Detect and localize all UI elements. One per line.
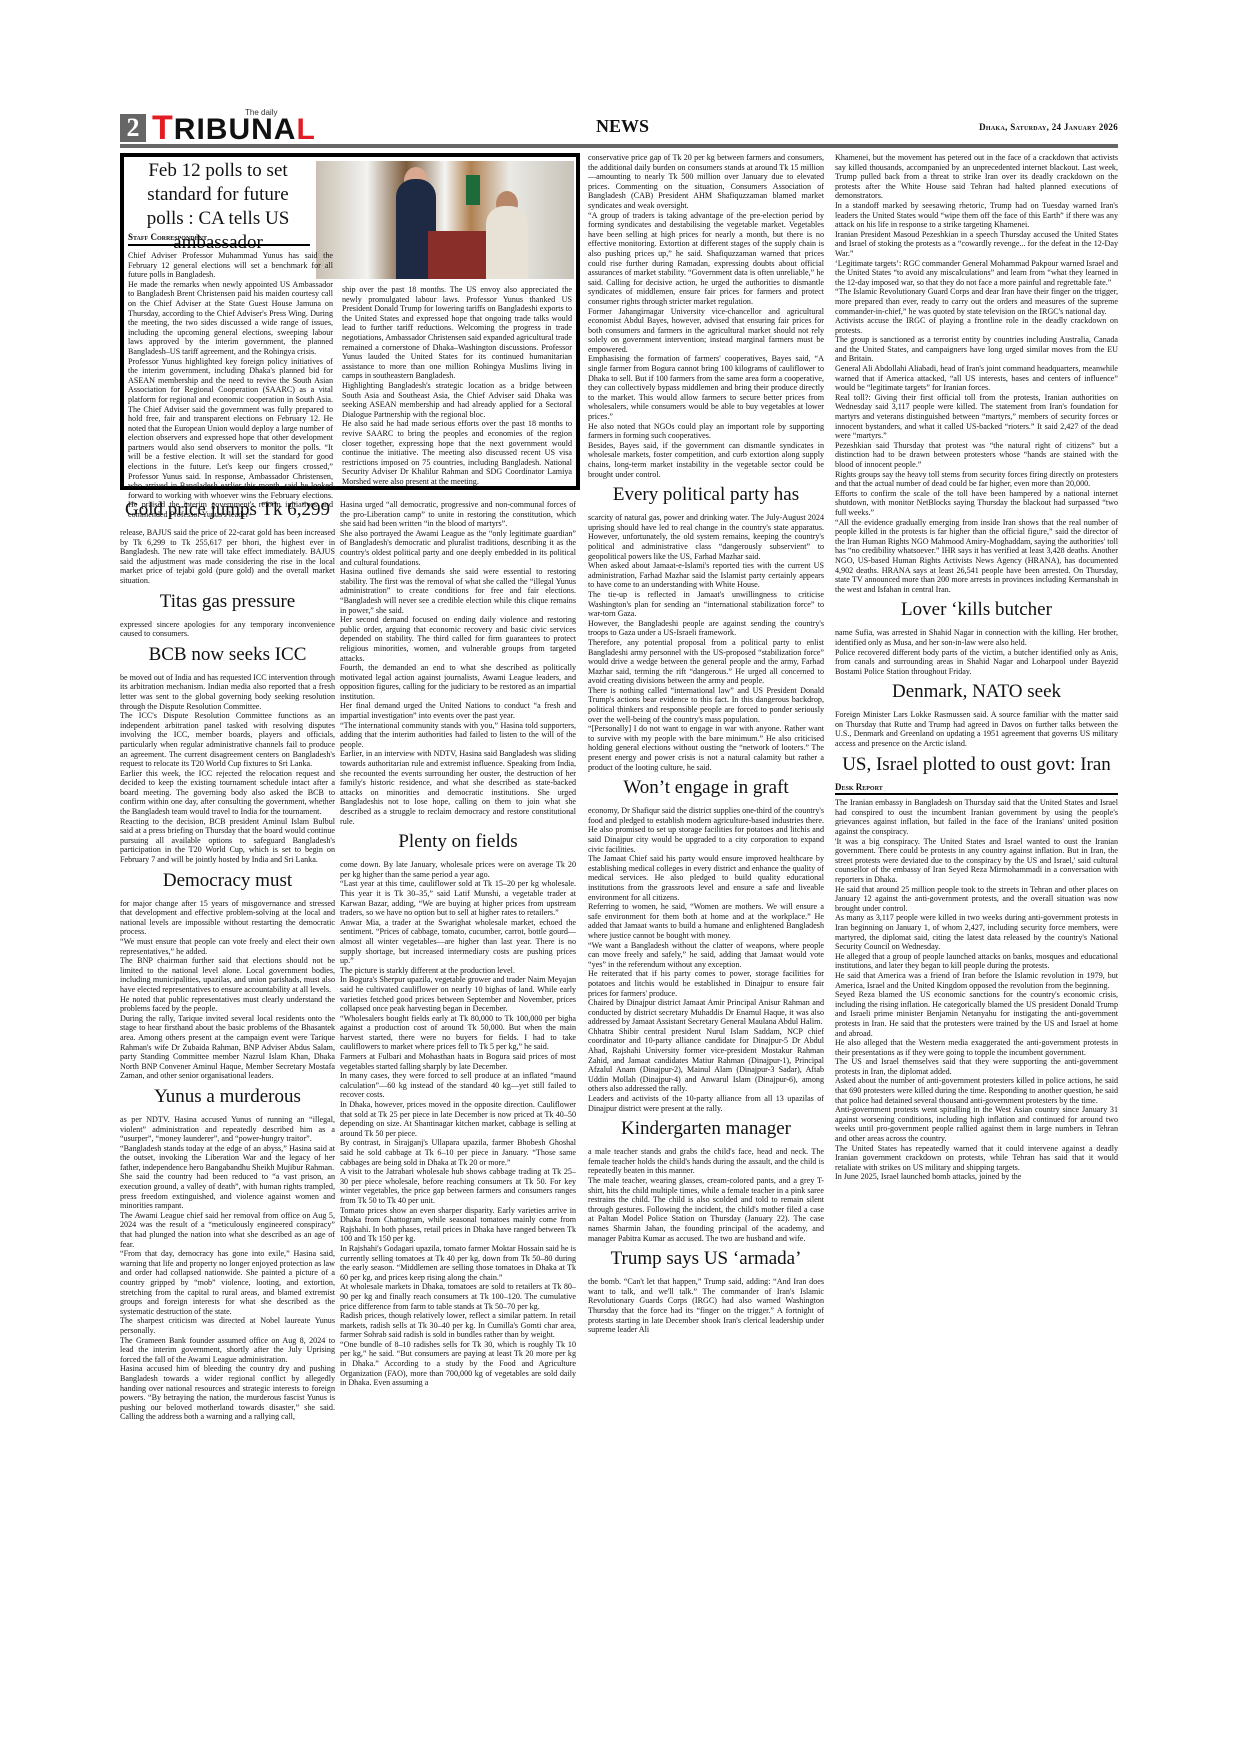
- paragraph: Chief Adviser Professor Muhammad Yunus h…: [128, 251, 333, 280]
- paragraph: In Dhaka, however, prices moved in the o…: [340, 1100, 576, 1138]
- paragraph: Therefore, any potential proposal from a…: [588, 638, 824, 686]
- headline-titas: Titas gas pressure: [120, 590, 335, 614]
- masthead: 2 The daily TRIBUNAL NEWS Dhaka, Saturda…: [120, 108, 1118, 142]
- column-c: conservative price gap of Tk 20 per kg b…: [588, 153, 824, 1335]
- paragraph: The Jamaat Chief said his party would en…: [588, 854, 824, 902]
- lead-body-1: Chief Adviser Professor Muhammad Yunus h…: [128, 251, 333, 520]
- flag-shape: [466, 175, 480, 205]
- paragraph: a male teacher stands and grabs the chil…: [588, 1147, 824, 1176]
- paragraph: Tomato prices show an even sharper dispa…: [340, 1206, 576, 1244]
- paragraph: Hasina accused him of bleeding the count…: [120, 1364, 335, 1422]
- paragraph: The picture is starkly different at the …: [340, 966, 576, 976]
- paragraph: conservative price gap of Tk 20 per kg b…: [588, 153, 824, 211]
- lead-body-2: ship over the past 18 months. The US env…: [342, 285, 572, 486]
- paragraph: Leaders and activists of the 10-party al…: [588, 1094, 824, 1113]
- paragraph: “Last year at this time, cauliflower sol…: [340, 879, 576, 917]
- paragraph: The US and Israel themselves said that t…: [835, 1057, 1118, 1076]
- headline-yunus: Yunus a murderous: [120, 1085, 335, 1109]
- headline-democracy: Democracy must: [120, 869, 335, 893]
- paragraph: However, the Bangladeshi people are agai…: [588, 619, 824, 638]
- lead-col-1: Staff Correspondent: [128, 233, 310, 249]
- paragraph: The male teacher, wearing glasses, cream…: [588, 1176, 824, 1243]
- paragraph: She also portrayed the Awami League as t…: [340, 529, 576, 567]
- paragraph: Highlighting Bangladesh's strategic loca…: [342, 381, 572, 419]
- paragraph: He said that around 25 million people to…: [835, 885, 1118, 914]
- paragraph: scarcity of natural gas, power and drink…: [588, 513, 824, 561]
- paragraph: A visit to the Jatrabari wholesale hub s…: [340, 1167, 576, 1205]
- paragraph: Hasina urged “all democratic, progressiv…: [340, 500, 576, 529]
- paragraph: Chaired by Dinajpur district Jamaat Amir…: [588, 998, 824, 1027]
- paragraph: “We want a Bangladesh without the clatte…: [588, 941, 824, 970]
- paragraph: expressed sincere apologies for any temp…: [120, 620, 335, 639]
- paragraph: Reacting to the decision, BCB president …: [120, 817, 335, 865]
- paragraph: 'It was a big conspiracy. The United Sta…: [835, 837, 1118, 885]
- paragraph: “From that day, democracy has gone into …: [120, 1249, 335, 1316]
- paragraph: Chhatra Shibir central president Nurul I…: [588, 1027, 824, 1094]
- paragraph: ‘Legitimate targets’: RGC commander Gene…: [835, 259, 1118, 288]
- paragraph: Referring to women, he said, “Women are …: [588, 902, 824, 940]
- paragraph: There is nothing called “international l…: [588, 686, 824, 724]
- paragraph: When asked about Jamaat-e-Islami's repor…: [588, 561, 824, 590]
- paragraph: The tie-up is reflected in Jamaat's unwi…: [588, 590, 824, 619]
- headline-lover: Lover ‘kills butcher: [835, 598, 1118, 622]
- paragraph: Foreign Minister Lars Lokke Rasmussen sa…: [835, 710, 1118, 748]
- paragraph: be moved out of India and has requested …: [120, 673, 335, 711]
- paragraph: The Grameen Bank founder assumed office …: [120, 1336, 335, 1365]
- paragraph: economy, Dr Shafiqur said the district s…: [588, 806, 824, 854]
- paragraph: He alleged that a group of people launch…: [835, 952, 1118, 971]
- paragraph: Efforts to confirm the scale of the toll…: [835, 489, 1118, 518]
- paragraph: He made the remarks when newly appointed…: [128, 280, 333, 357]
- paragraph: He also noted that NGOs could play an im…: [588, 422, 824, 441]
- paragraph: The group is sanctioned as a terrorist e…: [835, 335, 1118, 364]
- lead-byline: Staff Correspondent: [128, 233, 310, 246]
- paragraph: General Ali Abdollahi Aliabadi, head of …: [835, 364, 1118, 393]
- paragraph: He reiterated that if his party comes to…: [588, 969, 824, 998]
- paragraph: Radish prices, though relatively lower, …: [340, 1311, 576, 1340]
- paragraph: He also alleged that the Western media e…: [835, 1038, 1118, 1057]
- column-b: Hasina urged “all democratic, progressiv…: [340, 500, 576, 1388]
- paragraph: “Bangladesh stands today at the edge of …: [120, 1144, 335, 1173]
- paragraph: The ICC's Dispute Resolution Committee f…: [120, 711, 335, 769]
- paragraph: Anti-government protests went spiralling…: [835, 1105, 1118, 1143]
- person-right-shape: [486, 206, 528, 279]
- paragraph: The Iranian embassy in Bangladesh on Thu…: [835, 798, 1118, 836]
- paragraph: Activists accuse the IRGC of playing a f…: [835, 316, 1118, 335]
- paragraph: In many cases, they were forced to sell …: [340, 1071, 576, 1100]
- section-title: NEWS: [596, 116, 649, 137]
- paragraph: In a standoff marked by seesawing rhetor…: [835, 201, 1118, 230]
- lead-photo: [316, 161, 574, 279]
- dateline: Dhaka, Saturday, 24 January 2026: [979, 122, 1118, 132]
- paragraph: In Rajshahi's Godagari upazila, tomato f…: [340, 1244, 576, 1282]
- page-number: 2: [120, 114, 146, 142]
- paragraph: “We must ensure that people can vote fre…: [120, 937, 335, 956]
- paragraph: ship over the past 18 months. The US env…: [342, 285, 572, 381]
- headline-iran: US, Israel plotted to oust govt: Iran: [835, 753, 1118, 777]
- paragraph: Seyed Reza blamed the US economic sancti…: [835, 990, 1118, 1038]
- paragraph: He noted that public representatives mus…: [120, 995, 335, 1014]
- paragraph: Besides, Bayes said, if the government c…: [588, 441, 824, 479]
- paragraph: He said that America was a friend of Ira…: [835, 971, 1118, 990]
- paragraph: “A group of traders is taking advantage …: [588, 211, 824, 307]
- column-d: Khamenei, but the movement has petered o…: [835, 153, 1118, 1182]
- paragraph: “One bundle of 8–10 radishes sells for T…: [340, 1340, 576, 1388]
- lead-story-box: Feb 12 polls to set standard for future …: [120, 153, 580, 490]
- paragraph: come down. By late January, wholesale pr…: [340, 860, 576, 879]
- paragraph: Hasina outlined five demands she said we…: [340, 567, 576, 615]
- paragraph: Real toll?: Giving their first official …: [835, 393, 1118, 441]
- paragraph: Earlier, in an interview with NDTV, Hasi…: [340, 749, 576, 826]
- paragraph: “The Islamic Revolutionary Guard Corps a…: [835, 287, 1118, 316]
- paragraph: In June 2025, Israel launched bomb attac…: [835, 1172, 1118, 1182]
- paragraph: release, BAJUS said the price of 22-cara…: [120, 528, 335, 586]
- headline-party: Every political party has: [588, 483, 824, 507]
- paragraph: for major change after 15 years of misgo…: [120, 899, 335, 937]
- paragraph: “[Personally] I do not want to engage in…: [588, 724, 824, 772]
- paragraph: “All the evidence gradually emerging fro…: [835, 518, 1118, 595]
- paragraph: Her final demand urged the United Nation…: [340, 701, 576, 720]
- paragraph: The United States has repeatedly warned …: [835, 1144, 1118, 1173]
- headline-kindergarten: Kindergarten manager: [588, 1117, 824, 1141]
- headline-gold: Gold price jumps Tk 6,299: [120, 498, 335, 522]
- paragraph: The sharpest criticism was directed at N…: [120, 1316, 335, 1335]
- paragraph: Khamenei, but the movement has petered o…: [835, 153, 1118, 201]
- paragraph: During the rally, Tarique invited severa…: [120, 1014, 335, 1081]
- paragraph: “The international community stands with…: [340, 721, 576, 750]
- paragraph: She said the country had been reduced to…: [120, 1172, 335, 1210]
- paragraph: Anwar Mia, a trader at the Swarighat who…: [340, 918, 576, 966]
- paragraph: Emphasising the formation of farmers' co…: [588, 354, 824, 421]
- paragraph: “Wholesalers bought fields early at Tk 8…: [340, 1014, 576, 1052]
- gift-shape: [428, 231, 486, 279]
- iran-byline: Desk Report: [835, 783, 1118, 796]
- headline-bcb: BCB now seeks ICC: [120, 643, 335, 667]
- paragraph: the bomb. “Can't let that happen,” Trump…: [588, 1277, 824, 1335]
- paragraph: He also said he had made serious efforts…: [342, 419, 572, 486]
- paragraph: Fourth, the demanded an end to what she …: [340, 663, 576, 701]
- paragraph: The BNP chairman further said that elect…: [120, 956, 335, 994]
- paragraph: The Awami League chief said her removal …: [120, 1211, 335, 1249]
- paragraph: Police recovered different body parts of…: [835, 648, 1118, 677]
- paragraph: Iranian President Masoud Pezeshkian in a…: [835, 230, 1118, 259]
- headline-plenty: Plenty on fields: [340, 830, 576, 854]
- paragraph: Pezeshkian said Thursday that protest wa…: [835, 441, 1118, 470]
- paragraph: As many as 3,117 people were killed in t…: [835, 913, 1118, 951]
- headline-trump: Trump says US ‘armada’: [588, 1247, 824, 1271]
- column-a: Gold price jumps Tk 6,299 release, BAJUS…: [120, 494, 335, 1422]
- paragraph: as per NDTV. Hasina accused Yunus of run…: [120, 1115, 335, 1144]
- headline-denmark: Denmark, NATO seek: [835, 680, 1118, 704]
- paragraph: name Sufia, was arrested in Shahid Nagar…: [835, 628, 1118, 647]
- paragraph: Earlier this week, the ICC rejected the …: [120, 769, 335, 817]
- paragraph: At wholesale markets in Dhaka, tomatoes …: [340, 1282, 576, 1311]
- headline-graft: Won’t engage in graft: [588, 776, 824, 800]
- paragraph: By contrast, in Sirajganj's Ullapara upa…: [340, 1138, 576, 1167]
- paragraph: Asked about the number of anti-governmen…: [835, 1076, 1118, 1105]
- masthead-rule: [120, 144, 1118, 148]
- paragraph: Former Jahangirnagar University vice-cha…: [588, 307, 824, 355]
- newspaper-logo: TRIBUNAL: [152, 114, 316, 144]
- paragraph: In Bogura's Sherpur upazila, vegetable g…: [340, 975, 576, 1013]
- paragraph: Her second demand focused on ending dail…: [340, 615, 576, 663]
- paragraph: Farmers at Fulbari and Mohasthan haats i…: [340, 1052, 576, 1071]
- paragraph: Rights groups say the heavy toll stems f…: [835, 470, 1118, 489]
